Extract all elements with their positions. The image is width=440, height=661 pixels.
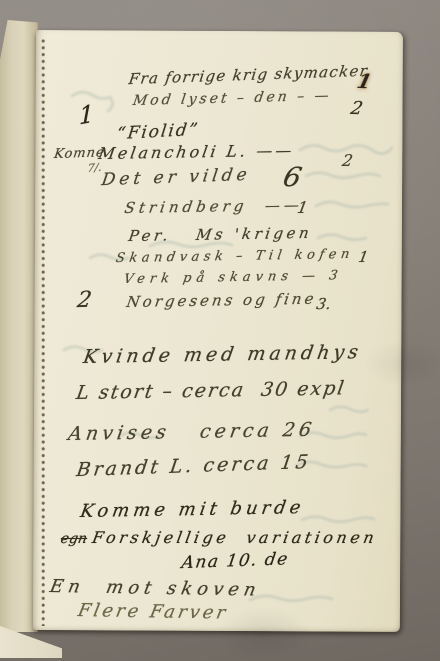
- handwritten-line-26: egn: [59, 532, 88, 547]
- handwritten-line-17: Verk på skavns — 3: [123, 269, 344, 287]
- handwritten-line-20: 3.: [315, 296, 332, 313]
- handwritten-line-13: 1: [296, 199, 309, 217]
- handwritten-line-15: Skandvask – Til kofen: [115, 248, 355, 266]
- handwritten-line-5: “Fiolid”: [116, 121, 201, 144]
- handwritten-line-3: 2: [349, 99, 365, 119]
- handwritten-line-0: Fra forrige krig skymacker: [128, 63, 370, 88]
- handwritten-line-9: 7/.: [87, 162, 102, 176]
- handwritten-line-28: Ana 10. de: [180, 550, 290, 573]
- handwritten-line-11: 6: [280, 163, 304, 193]
- handwritten-line-12: Strindberg ——: [123, 197, 304, 217]
- handwritten-line-29: En mot skoven: [48, 577, 262, 600]
- handwritten-line-25: Komme mit burde: [79, 498, 306, 522]
- photo-backdrop: Fra forrige krig skymacker1Mod lyset – d…: [0, 0, 440, 661]
- handwritten-line-27: Forskjellige variationen: [91, 529, 379, 547]
- handwritten-line-22: L stort – cerca 30 expl: [75, 378, 347, 404]
- handwritten-line-23: Anvises cerca 26: [67, 420, 317, 445]
- handwriting-layer: Fra forrige krig skymacker1Mod lyset – d…: [0, 0, 440, 661]
- handwritten-line-7: Melancholi L. ——: [97, 142, 296, 163]
- handwritten-line-4: 1: [79, 100, 94, 129]
- handwritten-line-19: Norgesens og fine: [125, 291, 317, 311]
- handwritten-line-2: Mod lyset – den – —: [132, 89, 333, 110]
- handwritten-line-16: 1: [357, 249, 369, 266]
- handwritten-line-21: Kvinde med mandhys: [82, 342, 364, 368]
- handwritten-line-10: Det er vilde: [100, 166, 251, 190]
- handwritten-line-8: 2: [341, 152, 354, 170]
- handwritten-line-18: 2: [76, 289, 93, 314]
- handwritten-line-24: Brandt L. cerca 15: [75, 452, 312, 481]
- handwritten-line-14: Per. Ms 'krigen: [127, 225, 313, 245]
- handwritten-line-30: Flere Farver: [76, 601, 230, 623]
